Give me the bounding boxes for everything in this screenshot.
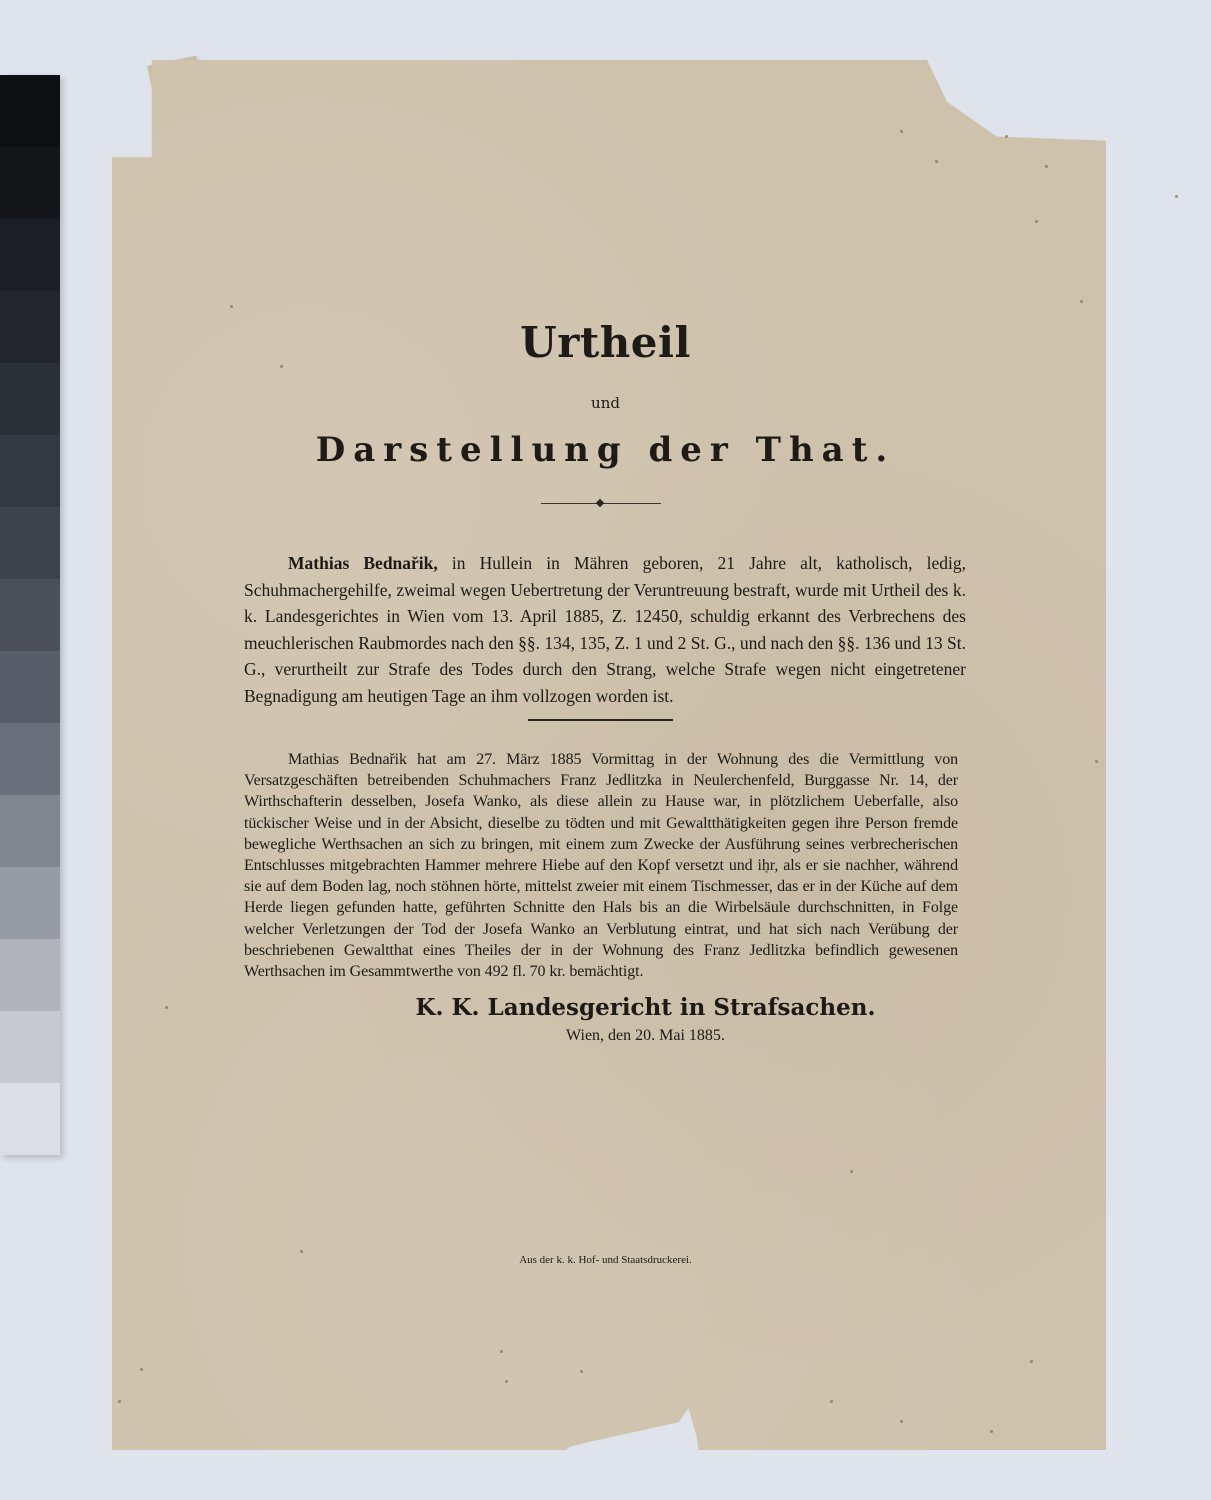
- place-date: Wien, den 20. Mai 1885.: [0, 1027, 1211, 1045]
- paper-speck: [140, 1368, 143, 1371]
- paper-speck: [900, 1420, 903, 1423]
- paper-speck: [1005, 135, 1008, 138]
- ornamental-divider: [541, 503, 661, 504]
- paper-speck: [900, 130, 903, 133]
- gray-patch: [0, 579, 60, 651]
- printer-imprint: Aus der k. k. Hof- und Staatsdruckerei.: [0, 1254, 1211, 1266]
- paper-speck: [1095, 760, 1098, 763]
- paper-speck: [1175, 195, 1178, 198]
- paper-speck: [505, 1380, 508, 1383]
- convict-name: Mathias Bednařik,: [288, 553, 438, 573]
- gray-patch: [0, 723, 60, 795]
- gray-patch: [0, 795, 60, 867]
- account-paragraph: Mathias Bednařik hat am 27. März 1885 Vo…: [244, 749, 958, 982]
- paper-speck: [935, 160, 938, 163]
- gray-scale-card: [0, 75, 60, 1155]
- gray-patch: [0, 507, 60, 579]
- gray-patch: [0, 219, 60, 291]
- paper-speck: [990, 1430, 993, 1433]
- account-text: Mathias Bednařik hat am 27. März 1885 Vo…: [244, 751, 958, 980]
- gray-patch: [0, 1083, 60, 1155]
- gray-patch: [0, 147, 60, 219]
- document-subtitle: Darstellung der That.: [0, 430, 1211, 470]
- paper-speck: [830, 1400, 833, 1403]
- document-title: Urtheil: [0, 318, 1211, 367]
- paper-speck: [1030, 1360, 1033, 1363]
- section-divider: [528, 719, 673, 721]
- paper-speck: [300, 1250, 303, 1253]
- paper-speck: [118, 1400, 121, 1403]
- gray-patch: [0, 867, 60, 939]
- paper-speck: [500, 1350, 503, 1353]
- paper-speck: [230, 305, 233, 308]
- gray-patch: [0, 75, 60, 147]
- paper-speck: [1045, 165, 1048, 168]
- gray-patch: [0, 1011, 60, 1083]
- verdict-text: in Hullein in Mähren geboren, 21 Jahre a…: [244, 553, 966, 706]
- gray-patch: [0, 651, 60, 723]
- court-signature: K. K. Landesgericht in Strafsachen.: [0, 994, 1211, 1021]
- paper-speck: [1035, 220, 1038, 223]
- verdict-paragraph: Mathias Bednařik, in Hullein in Mähren g…: [244, 550, 966, 709]
- title-conjunction: und: [0, 394, 1211, 412]
- paper-speck: [850, 1170, 853, 1173]
- paper-speck: [1080, 300, 1083, 303]
- paper-speck: [580, 1370, 583, 1373]
